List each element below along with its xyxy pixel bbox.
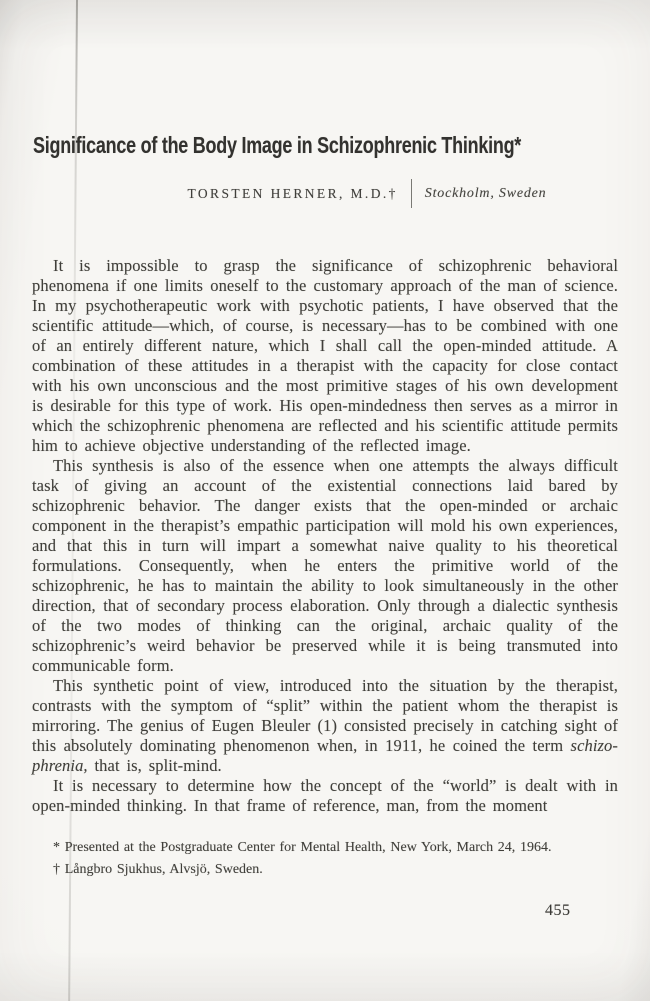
paragraph-3-text: This synthetic point of view, introduced… — [32, 676, 618, 755]
paragraph-3-continuation: that is, split-mind. — [88, 756, 222, 775]
author-name: TORSTEN HERNER, M.D.† — [188, 186, 398, 202]
paragraph-3: This synthetic point of view, introduced… — [32, 676, 618, 776]
scanned-page: Significance of the Body Image in Schizo… — [0, 0, 650, 1001]
paragraph-4: It is necessary to determine how the con… — [32, 776, 618, 816]
author-location: Stockholm, Sweden — [425, 186, 547, 202]
byline-divider — [411, 179, 412, 208]
page-number: 455 — [545, 902, 571, 920]
footnote-presented: * Presented at the Postgraduate Center f… — [32, 838, 618, 859]
paragraph-1: It is impossible to grasp the significan… — [32, 256, 618, 456]
footnote-affiliation: † Långbro Sjukhus, Alvsjö, Sweden. — [32, 860, 618, 881]
byline: TORSTEN HERNER, M.D.† Stockholm, Sweden — [42, 179, 650, 208]
paragraph-2: This synthesis is also of the essence wh… — [32, 456, 618, 676]
article-title: Significance of the Body Image in Schizo… — [33, 132, 521, 159]
footnotes: * Presented at the Postgraduate Center f… — [32, 838, 618, 881]
article-body: It is impossible to grasp the significan… — [32, 256, 618, 816]
